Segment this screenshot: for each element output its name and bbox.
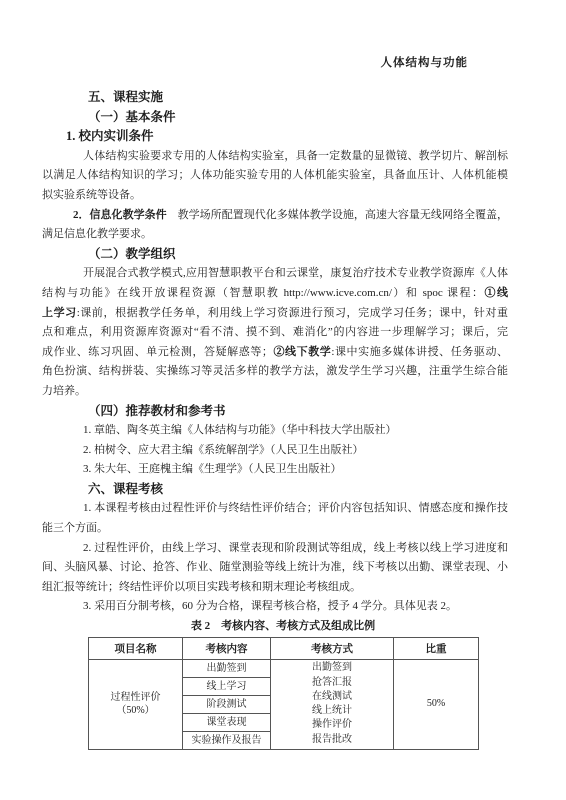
method-line: 抢答汇报 [271,676,393,690]
table-header-weight: 比重 [394,637,479,659]
paragraph-line: 2. 过程性评价，由线上学习、课堂表现和阶段测试等组成，线上考核以线上学习进度和… [42,539,508,559]
text-segment: 满足信息化教学要求。 [42,228,152,240]
text-segment: 2. 柏树令、应大君主编《系统解剖学》（人民卫生出版社） [83,444,364,456]
text-segment: 3. 朱大年、王庭槐主编《生理学》（人民卫生出版社） [83,463,342,475]
table-cell-content: 课堂表现 [183,713,271,731]
section-heading: （四）推荐教材和参考书 [42,402,508,422]
table-cell-content: 线上学习 [183,677,271,695]
paragraph-line: 点和难点，利用资源库资源对“看不清、摸不到、难消化”的内容进一步理解学习；课后，… [42,323,508,343]
text-segment: 成作业、练习巩固、单元检测，答疑解惑等； [42,346,273,358]
table-cell-weight: 50% [394,659,479,749]
assessment-table: 项目名称 考核内容 考核方式 比重 过程性评价 （50%） 出勤签到 出勤签到 … [88,637,479,750]
table-caption: 表 2 考核内容、考核方式及组成比例 [88,617,478,637]
bold-text-segment: ①线 [485,287,508,299]
paragraph-line: 能三个方面。 [42,519,508,539]
text-segment: 人体结构实验要求专用的人体结构实验室，具备一定数量的显微镜、教学切片、解剖标本， [83,150,508,167]
text-segment: :课前，根据教学任务单，利用线上学习资源进行预习，完成学习任务；课中，针对重 [77,307,508,319]
table-cell-content: 出勤签到 [183,659,271,677]
method-line: 线上统计 [271,704,393,718]
paragraph-line: 1. 本课程考核由过程性评价与终结性评价结合；评价内容包括知识、情感态度和操作技 [42,499,508,519]
table-header-row: 项目名称 考核内容 考核方式 比重 [89,637,479,659]
method-line: 操作评价 [271,718,393,732]
bold-text-segment: ②线下教学 [273,346,331,358]
document-text-flow: 五、课程实施（一）基本条件1. 校内实训条件人体结构实验要求专用的人体结构实验室… [42,88,508,637]
text-segment: 结构与功能》在线开放课程资源（智慧职教 http://www.icve.com.… [42,287,485,299]
table-cell-method: 出勤签到 抢答汇报 在线测试 线上统计 操作评价 报告批改 [271,659,394,749]
text-segment: 组汇报等统计；终结性评价以项目实践考核和期末理论考核组成。 [42,581,361,593]
paragraph-line: 力培养。 [42,382,508,402]
bold-text-segment: 上学习 [42,307,77,319]
paragraph-line: 3. 朱大年、王庭槐主编《生理学》（人民卫生出版社） [42,460,508,480]
table-cell-content: 阶段测试 [183,695,271,713]
text-segment: 开展混合式教学模式,应用智慧职教平台和云课堂，康复治疗技术专业教学资源库《人体 [83,267,508,279]
text-segment: 间、头脑风暴、讨论、抢答、作业、随堂测验等线上统计为准，线下考核以出勤、课堂表现… [42,561,508,573]
text-segment: 1. 章皓、陶冬英主编《人体结构与功能》（华中科技大学出版社） [83,424,397,436]
page-header-title: 人体结构与功能 [42,56,508,71]
paragraph-line: 成作业、练习巩固、单元检测，答疑解惑等；②线下教学:课中实施多媒体讲授、任务驱动… [42,343,508,363]
table-header-method: 考核方式 [271,637,394,659]
text-segment: 角色扮演、结构拼装、实操练习等灵活多样的教学方法，激发学生学习兴趣，注重学生综合… [42,365,508,377]
section-heading: 六、课程考核 [42,480,508,500]
paragraph-line: 拟实验系统等设备。 [42,186,508,206]
project-name-line: （50%） [89,704,182,717]
document-page: 人体结构与功能 五、课程实施（一）基本条件1. 校内实训条件人体结构实验要求专用… [0,0,566,800]
text-segment: 拟实验系统等设备。 [42,189,141,201]
paragraph-line: 2．信息化教学条件 教学场所配置现代化多媒体教学设施，高速大容量无线网络全覆盖， [42,206,508,226]
paragraph-line: 3. 采用百分制考核，60 分为合格，课程考核合格，授予 4 学分。具体见表 2… [42,597,508,617]
text-segment: 点和难点，利用资源库资源对“看不清、摸不到、难消化”的内容进一步理解学习；课后，… [42,326,508,338]
paragraph-line: 人体结构实验要求专用的人体结构实验室，具备一定数量的显微镜、教学切片、解剖标本， [42,147,508,167]
section-heading: （一）基本条件 [42,108,508,128]
project-name-line: 过程性评价 [89,691,182,704]
section-heading: （二）教学组织 [42,245,508,265]
paragraph-line: 以满足人体结构知识的学习；人体功能实验专用的人体机能实验室，具备血压计、人体机能… [42,166,508,186]
paragraph-line: 角色扮演、结构拼装、实操练习等灵活多样的教学方法，激发学生学习兴趣，注重学生综合… [42,362,508,382]
text-segment: 以满足人体结构知识的学习；人体功能实验专用的人体机能实验室，具备血压计、人体机能… [42,169,508,181]
table-cell-content: 实验操作及报告 [183,731,271,749]
bold-text-segment: 2．信息化教学条件 [73,209,167,221]
text-segment: 力培养。 [42,385,86,397]
paragraph-line: 结构与功能》在线开放课程资源（智慧职教 http://www.icve.com.… [42,284,508,304]
method-line: 报告批改 [271,733,393,747]
method-line: 在线测试 [271,690,393,704]
table-header-content: 考核内容 [183,637,271,659]
section-heading: 五、课程实施 [42,88,508,108]
method-line: 出勤签到 [271,661,393,675]
paragraph-line: 间、头脑风暴、讨论、抢答、作业、随堂测验等线上统计为准，线下考核以出勤、课堂表现… [42,558,508,578]
text-segment: 教学场所配置现代化多媒体教学设施，高速大容量无线网络全覆盖， [167,209,508,221]
paragraph-line: 开展混合式教学模式,应用智慧职教平台和云课堂，康复治疗技术专业教学资源库《人体 [42,264,508,284]
table-header-project: 项目名称 [89,637,183,659]
text-segment: 3. 采用百分制考核，60 分为合格，课程考核合格，授予 4 学分。具体见表 2… [83,600,457,612]
paragraph-line: 上学习:课前，根据教学任务单，利用线上学习资源进行预习，完成学习任务；课中，针对… [42,304,508,324]
section-heading: 1. 校内实训条件 [42,127,508,147]
paragraph-line: 组汇报等统计；终结性评价以项目实践考核和期末理论考核组成。 [42,578,508,598]
text-segment: 1. 本课程考核由过程性评价与终结性评价结合；评价内容包括知识、情感态度和操作技 [83,502,508,514]
text-segment: 2. 过程性评价，由线上学习、课堂表现和阶段测试等组成，线上考核以线上学习进度和… [83,542,508,559]
paragraph-line: 2. 柏树令、应大君主编《系统解剖学》（人民卫生出版社） [42,441,508,461]
paragraph-line: 1. 章皓、陶冬英主编《人体结构与功能》（华中科技大学出版社） [42,421,508,441]
table-row: 过程性评价 （50%） 出勤签到 出勤签到 抢答汇报 在线测试 线上统计 操作评… [89,659,479,677]
text-segment: :课中实施多媒体讲授、任务驱动、 [331,346,508,358]
text-segment: 能三个方面。 [42,522,108,534]
document-content: 人体结构与功能 五、课程实施（一）基本条件1. 校内实训条件人体结构实验要求专用… [0,0,566,750]
table-cell-project-name: 过程性评价 （50%） [89,659,183,749]
paragraph-line: 满足信息化教学要求。 [42,225,508,245]
